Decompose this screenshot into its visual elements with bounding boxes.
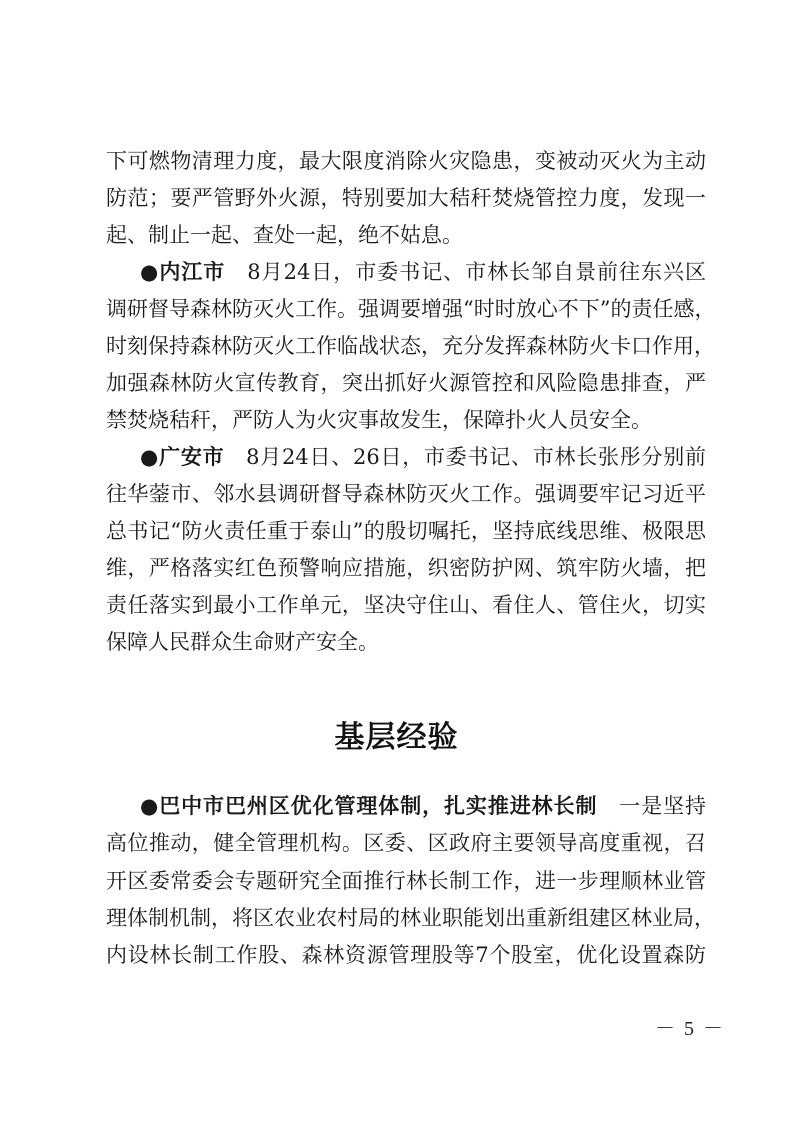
paragraph-line: 禁焚烧秸秆，严防人为火灾事故发生，保障扑火人员安全。 — [106, 405, 706, 435]
paragraph-line: 下可燃物清理力度，最大限度消除火灾隐患，变被动灭火为主动 — [106, 146, 706, 176]
paragraph-line: 往华蓥市、邻水县调研督导森林防灭火工作。强调要牢记习近平 — [106, 479, 706, 509]
paragraph-line: 总书记“防火责任重于泰山”的殷切嘱托，坚持底线思维、极限思 — [106, 516, 706, 546]
paragraph-line: 保障人民群众生命财产安全。 — [106, 627, 706, 657]
bullet-icon: ● — [140, 794, 159, 818]
bazhong-text: 区委、区政府主要领导高度重视，召 — [363, 831, 706, 855]
paragraph-line: 加强森林防火宣传教育，突出抓好火源管控和风险隐患排查，严 — [106, 368, 706, 398]
bullet-icon: ● — [140, 445, 159, 469]
paragraph-line: 内设林长制工作股、森林资源管理股等7个股室，优化设置森防 — [106, 940, 706, 970]
neijiang-heading: 内江市 — [159, 260, 225, 284]
bazhong-second-line: 高位推动，健全管理机构。区委、区政府主要领导高度重视，召 — [106, 828, 706, 858]
bazhong-first-line: ●巴中市巴州区优化管理体制，扎实推进林长制 一是坚持 — [140, 791, 706, 821]
guangan-text: 8月24日、26日，市委书记、市林长张彤分别前 — [246, 445, 706, 469]
paragraph-line: 防范；要严管野外火源，特别要加大秸秆焚烧管控力度，发现一 — [106, 183, 706, 213]
paragraph-line: 调研督导森林防灭火工作。强调要增强“时时放心不下”的责任感， — [106, 294, 706, 324]
neijiang-text: 8月24日，市委书记、市林长邹自景前往东兴区 — [247, 260, 706, 284]
paragraph-line: 开区委常委会专题研究全面推行林长制工作，进一步理顺林业管 — [106, 866, 706, 896]
section-title: 基层经验 — [0, 712, 793, 756]
paragraph-line: 责任落实到最小工作单元，坚决守住山、看住人、管住火，切实 — [106, 590, 706, 620]
bazhong-text: 一是坚持 — [619, 794, 706, 818]
paragraph-line: 时刻保持森林防灭火工作临战状态，充分发挥森林防火卡口作用， — [106, 331, 706, 361]
paragraph-line: 起、制止一起、查处一起，绝不姑息。 — [106, 220, 706, 250]
guangan-first-line: ●广安市 8月24日、26日，市委书记、市林长张彤分别前 — [140, 442, 706, 472]
document-page: 下可燃物清理力度，最大限度消除火灾隐患，变被动灭火为主动 防范；要严管野外火源，… — [0, 0, 793, 1122]
bazhong-heading: 巴中市巴州区优化管理体制，扎实推进林长制 — [159, 794, 597, 818]
bullet-icon: ● — [140, 260, 159, 284]
guangan-heading: 广安市 — [159, 445, 224, 469]
paragraph-line: 维，严格落实红色预警响应措施，织密防护网、筑牢防火墙，把 — [106, 553, 706, 583]
neijiang-first-line: ●内江市 8月24日，市委书记、市林长邹自景前往东兴区 — [140, 257, 706, 287]
paragraph-line: 理体制机制，将区农业农村局的林业职能划出重新组建区林业局， — [106, 903, 706, 933]
bazhong-emphasis: 高位推动，健全管理机构。 — [106, 831, 363, 855]
page-number: － 5 － — [655, 1012, 723, 1041]
